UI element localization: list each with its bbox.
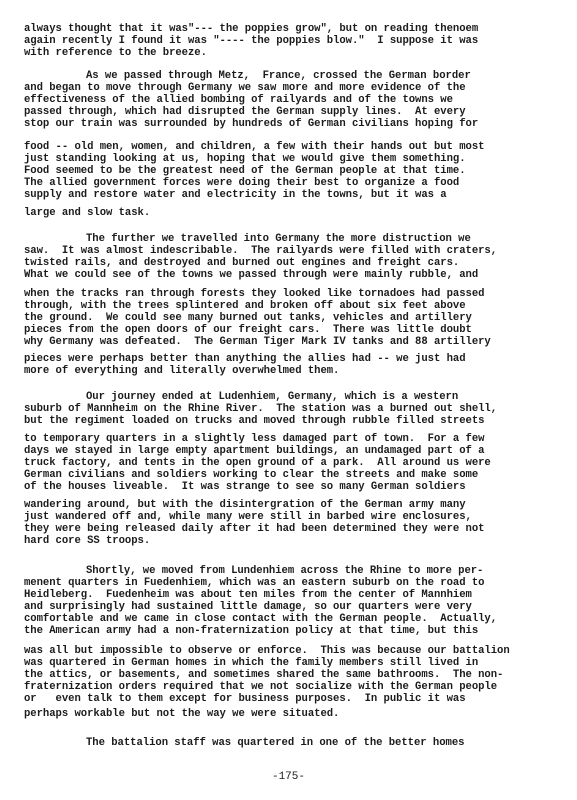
text-line: menent quarters in Fuedenhiem, which was… bbox=[24, 577, 484, 589]
text-line: days we stayed in large empty apartment … bbox=[24, 445, 484, 457]
text-line: twisted rails, and destroyed and burned … bbox=[24, 257, 459, 269]
text-line: pieces were perhaps better than anything… bbox=[24, 353, 466, 365]
text-line: As we passed through Metz, France, cross… bbox=[86, 70, 471, 82]
text-line: Our journey ended at Ludenhiem, Germany,… bbox=[86, 391, 458, 403]
text-line: Shortly, we moved from Lundenhiem across… bbox=[86, 565, 483, 577]
text-line: passed through, which had disrupted the … bbox=[24, 106, 466, 118]
text-line: large and slow task. bbox=[24, 207, 150, 219]
text-line: comfortable and we came in close contact… bbox=[24, 613, 497, 625]
text-line: the ground. We could see many burned out… bbox=[24, 312, 472, 324]
text-line: of the houses liveable. It was strange t… bbox=[24, 481, 466, 493]
text-line: truck factory, and tents in the open gro… bbox=[24, 457, 491, 469]
text-line: hard core SS troops. bbox=[24, 535, 150, 547]
text-line: Heidleberg. Fuedenheim was about ten mil… bbox=[24, 589, 472, 601]
page-number: -175- bbox=[0, 771, 577, 783]
text-line: The battalion staff was quartered in one… bbox=[86, 737, 464, 749]
text-line: and surprisingly had sustained little da… bbox=[24, 601, 472, 613]
text-line: perhaps workable but not the way we were… bbox=[24, 708, 339, 720]
text-line: to temporary quarters in a slightly less… bbox=[24, 433, 484, 445]
text-line: pieces from the open doors of our freigh… bbox=[24, 324, 472, 336]
text-line: The allied government forces were doing … bbox=[24, 177, 459, 189]
text-line: why Germany was defeated. The German Tig… bbox=[24, 336, 491, 348]
text-line: always thought that it was"--- the poppi… bbox=[24, 23, 478, 35]
text-line: was all but impossible to observe or enf… bbox=[24, 645, 510, 657]
document-page: always thought that it was"--- the poppi… bbox=[0, 0, 577, 800]
text-line: more of everything and literally overwhe… bbox=[24, 365, 339, 377]
text-line: through, with the trees splintered and b… bbox=[24, 300, 466, 312]
text-line: with reference to the breeze. bbox=[24, 47, 207, 59]
text-line: or even talk to them except for business… bbox=[24, 693, 466, 705]
text-line: effectiveness of the allied bombing of r… bbox=[24, 94, 453, 106]
text-line: again recently I found it was "---- the … bbox=[24, 35, 478, 47]
text-line: was quartered in German homes in which t… bbox=[24, 657, 478, 669]
text-line: What we could see of the towns we passed… bbox=[24, 269, 478, 281]
text-line: German civilians and soldiers working to… bbox=[24, 469, 478, 481]
text-line: when the tracks ran through forests they… bbox=[24, 288, 484, 300]
text-line: suburb of Mannheim on the Rhine River. T… bbox=[24, 403, 497, 415]
text-line: the American army had a non-fraternizati… bbox=[24, 625, 478, 637]
text-line: the attics, or basements, and sometimes … bbox=[24, 669, 503, 681]
text-line: fraternization orders required that we n… bbox=[24, 681, 497, 693]
text-line: supply and restore water and electricity… bbox=[24, 189, 447, 201]
text-line: food -- old men, women, and children, a … bbox=[24, 141, 484, 153]
text-line: wandering around, but with the disinterg… bbox=[24, 499, 466, 511]
text-line: they were being released daily after it … bbox=[24, 523, 484, 535]
text-line: just wandered off and, while many were s… bbox=[24, 511, 472, 523]
text-line: just standing looking at us, hoping that… bbox=[24, 153, 466, 165]
text-line: but the regiment loaded on trucks and mo… bbox=[24, 415, 484, 427]
text-line: Food seemed to be the greatest need of t… bbox=[24, 165, 466, 177]
text-line: The further we travelled into Germany th… bbox=[86, 233, 471, 245]
text-line: and began to move through Germany we saw… bbox=[24, 82, 466, 94]
text-line: saw. It was almost indescribable. The ra… bbox=[24, 245, 497, 257]
text-line: stop our train was surrounded by hundred… bbox=[24, 118, 478, 130]
